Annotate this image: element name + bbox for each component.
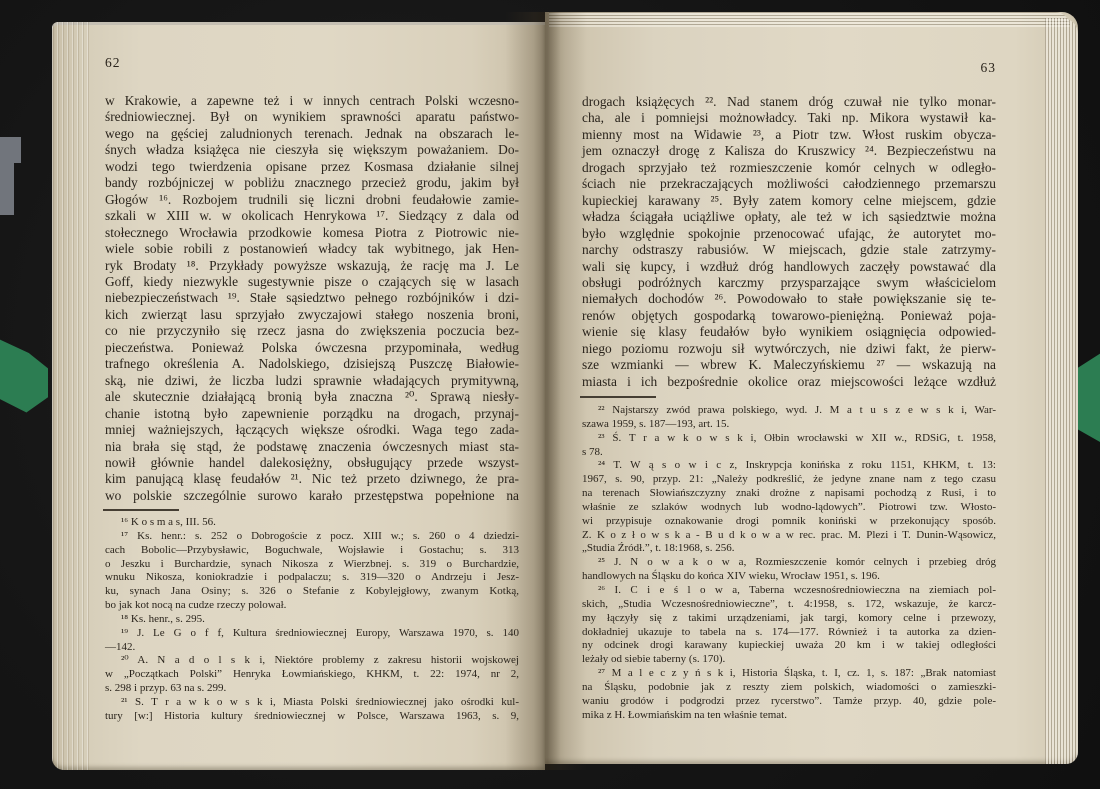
page-stack-top-edge [549, 12, 1070, 27]
footnote: ¹⁸ Ks. henr., s. 295. [105, 613, 519, 627]
body-text-line: ale skutecznie działającą bronią była zn… [105, 389, 519, 405]
footnote-line: tury [w:] Historia kultury średniowieczn… [105, 710, 519, 724]
footnote-line: wnuku Nikosza, koniokradzie i podpalaczu… [105, 571, 519, 585]
footnote-line: handlowych na Śląsku do końca XIV wieku,… [582, 570, 996, 584]
footnote-line: ²⁴ T. W ą s o w i c z, Inskrypcja konińs… [582, 459, 996, 473]
body-text-line: kim panującą klasę feudałów ²¹. Nic też … [105, 471, 519, 487]
body-text-line: renów objętych gospodarką towarowo-pieni… [582, 308, 996, 324]
footnote-line: s. 298 i przyp. 63 na s. 299. [105, 682, 519, 696]
footnote-line: waniu grodów i podgrodzi przez rycerstwo… [582, 695, 996, 709]
footnote-line: wi przypisuje oznakowanie drogi pomnik k… [582, 515, 996, 529]
footnote-line: my łączyły się z takimi urządzeniami, ja… [582, 612, 996, 626]
footnote: ¹⁷ Ks. henr.: s. 252 o Dobrogoście z poc… [105, 530, 519, 613]
footnote: ²² Najstarszy zwód prawa polskiego, wyd.… [582, 404, 996, 432]
body-text-line: Głogów ¹⁶. Rozbojem trudnili się liczni … [105, 192, 519, 208]
footnote: ²⁰ A. N a d o l s k i, Niektóre problemy… [105, 654, 519, 696]
body-text-line: wo polskie szczególnie surowo karało prz… [105, 488, 519, 504]
body-text-line: trafnego określenia A. Nadolskiego, dzis… [105, 356, 519, 372]
footnote-line: Z. K o z ł o w s k a - B u d k o w a w r… [582, 529, 996, 543]
footnote: ²⁶ I. C i e ś l o w a, Taberna wczesnośr… [582, 584, 996, 667]
footnote: ²¹ S. T r a w k o w s k i, Miasta Polski… [105, 696, 519, 724]
footnote-line: 1967, s. 90, przyp. 21: „Należy podkreśl… [582, 473, 996, 487]
body-text-line: w Krakowie, a zapewne też i w innych cen… [105, 93, 519, 109]
body-text-line: stołecznego Wrocławia przodkowie komesa … [105, 225, 519, 241]
body-text-line: niemałych dochodów ²⁶. Powodowało to sta… [582, 291, 996, 307]
footnote: ¹⁹ J. Le G o f f, Kultura średniowieczne… [105, 627, 519, 655]
body-text-line: narchy odstraszy rabusiów. W miejscach, … [582, 242, 996, 258]
right-page-footnotes: ²² Najstarszy zwód prawa polskiego, wyd.… [582, 404, 996, 722]
body-text-line: ściach nie przekraczających możliwości c… [582, 176, 996, 192]
body-text-line: drogach sprzyjało też rozmieszczenie kom… [582, 160, 996, 176]
body-text-line: co nie przyczyniło się rzecz jasna do zw… [105, 323, 519, 339]
footnote-line: ku, synach Jana Osiny; s. 326 o Stefanie… [105, 585, 519, 599]
body-text-line: szkali w XIII w. w okolicach Henrykowa ¹… [105, 208, 519, 224]
footnote: ²⁴ T. W ą s o w i c z, Inskrypcja konińs… [582, 459, 996, 556]
footnote-line: ²⁶ I. C i e ś l o w a, Taberna wczesnośr… [582, 584, 996, 598]
footnote-line: skich, „Studia Wczesnośredniowieczne”, t… [582, 598, 996, 612]
footnote-line: ¹⁶ K o s m a s, III. 56. [105, 516, 519, 530]
page-stack-left-edge [52, 22, 92, 770]
body-text-line: miasta i ich bezpośrednie okolice oraz m… [582, 374, 996, 390]
body-text-line: pieczeństwa. Ponieważ Polska ówczesna pr… [105, 340, 519, 356]
footnote-line: ²³ Ś. T r a w k o w s k i, Ołbin wrocław… [582, 432, 996, 446]
footnote-line: na Śląsku, podobnie jak z reszty ziem po… [582, 681, 996, 695]
page-number-left: 62 [105, 55, 121, 71]
footnote-line: „Studia Źródł.”, t. 18:1968, s. 256. [582, 542, 996, 556]
footnote-line: ¹⁹ J. Le G o f f, Kultura średniowieczne… [105, 627, 519, 641]
footnote-line: właśnie ze szlaków wodnych lub wodno-ląd… [582, 501, 996, 515]
footnote-line: ²⁷ M a l e c z y ń s k i, Historia Śląsk… [582, 667, 996, 681]
footnote-line: mika z H. Łowmiańskim na ten właśnie tem… [582, 709, 996, 723]
footnote-line: ny odcinek drogi karawany kupieckiej uwa… [582, 639, 996, 653]
footnote-line: dokładniej ukazuje to tabela na s. 174—1… [582, 626, 996, 640]
body-text-line: mienny most na Widawie ²³, a Piotr tzw. … [582, 127, 996, 143]
footnote: ²⁷ M a l e c z y ń s k i, Historia Śląsk… [582, 667, 996, 722]
body-text-line: nowił głównie handel dalekosiężny, obsłu… [105, 455, 519, 471]
body-text-line: władza ściągała uciążliwe opłaty, ale te… [582, 209, 996, 225]
body-text-line: ską, nie dziwi, że liczba ludzi sprawnie… [105, 373, 519, 389]
book-scan-photo: 62 w Krakowie, a zapewne też i w innych … [0, 0, 1100, 789]
footnote-line: —142. [105, 641, 519, 655]
body-text-line: śnych władza książęca nie cieszyła się w… [105, 142, 519, 158]
body-text-line: kupieckiej karawany ²⁵. Były zatem komor… [582, 193, 996, 209]
footnote-line: ¹⁷ Ks. henr.: s. 252 o Dobrogoście z poc… [105, 530, 519, 544]
body-text-line: nia brała się stąd, że podstawę znaczeni… [105, 439, 519, 455]
body-text-line: ryk Brodaty ¹⁸. Przykłady powyższe wskaz… [105, 258, 519, 274]
left-page-body-text: w Krakowie, a zapewne też i w innych cen… [105, 93, 519, 504]
page-stack-right-edge [1045, 18, 1078, 764]
body-text-line: mniej ważniejszych, łączących większe oś… [105, 422, 519, 438]
body-text-line: było względnie spokojnie przenocować ufa… [582, 226, 996, 242]
body-text-line: wiele sobie robili z postanowień władcy … [105, 241, 519, 257]
body-text-line: wali się kupcy, i wzdłuż dróg handlowych… [582, 259, 996, 275]
body-text-line: kich zwierząt lasu sprzyjało zwyczajowi … [105, 307, 519, 323]
left-page-footnotes: ¹⁶ K o s m a s, III. 56.¹⁷ Ks. henr.: s.… [105, 516, 519, 724]
footnote-line: ²⁵ J. N o w a k o w a, Rozmieszczenie ko… [582, 556, 996, 570]
footnote-line: na terenach Słowiańszczyzny znaki drożne… [582, 487, 996, 501]
body-text-line: wienie się klasy feudałów było wynikiem … [582, 324, 996, 340]
footnote: ²³ Ś. T r a w k o w s k i, Ołbin wrocław… [582, 432, 996, 460]
background-gray-object [0, 137, 14, 215]
page-number-right: 63 [582, 60, 996, 76]
footnote: ²⁵ J. N o w a k o w a, Rozmieszczenie ko… [582, 556, 996, 584]
footnote-line: s 78. [582, 446, 996, 460]
body-text-line: średniowiecznej. Był on wynikiem sprawno… [105, 109, 519, 125]
footnote: ¹⁶ K o s m a s, III. 56. [105, 516, 519, 530]
footnote-line: ²¹ S. T r a w k o w s k i, Miasta Polski… [105, 696, 519, 710]
body-text-line: jem oznaczył drogę z Kalisza do Kruszwic… [582, 143, 996, 159]
footnote-line: w „Początkach Polski” Henryka Łowmiański… [105, 668, 519, 682]
footnote-line: szawa 1959, s. 187—193, art. 15. [582, 418, 996, 432]
body-text-line: wego na gęściej zaludnionych terenach. J… [105, 126, 519, 142]
body-text-line: Goff, kiedy niezwykle sugestywnie pisze … [105, 274, 519, 290]
right-page-body-text: drogach książęcych ²². Nad stanem dróg c… [582, 94, 996, 390]
footnote-line: bo jak kot nocą na cudze rzeczy polował. [105, 599, 519, 613]
footnote-line: ²² Najstarszy zwód prawa polskiego, wyd.… [582, 404, 996, 418]
body-text-line: niego poziomu rozwoju sił wytwórczych, n… [582, 341, 996, 357]
background-green-band-left [0, 330, 48, 426]
footnote-line: ²⁰ A. N a d o l s k i, Niektóre problemy… [105, 654, 519, 668]
body-text-line: drogach książęcych ²². Nad stanem dróg c… [582, 94, 996, 110]
body-text-line: wodzi tego twierdzenia opisane przez Kos… [105, 159, 519, 175]
body-text-line: chanie istotną było zapewnienie porządku… [105, 406, 519, 422]
body-text-line: cha, ale i pomniejsi możnowładcy. Taki n… [582, 110, 996, 126]
footnote-separator-right [580, 396, 656, 398]
footnote-line: ¹⁸ Ks. henr., s. 295. [105, 613, 519, 627]
body-text-line: sze wzmianki — wbrew K. Maleczyńskiemu ²… [582, 357, 996, 373]
footnote-line: leżały od siebie taberny (s. 170). [582, 653, 996, 667]
body-text-line: niebezpieczeństwach ¹⁹. Stałe sąsiedztwo… [105, 290, 519, 306]
footnote-separator-left [103, 509, 179, 511]
body-text-line: bandy rozbójniczej w pobliżu znacznego p… [105, 175, 519, 191]
body-text-line: obsługi podróżnych karczmy przysparzając… [582, 275, 996, 291]
footnote-line: cach Bobolic—Przybysławic, Boguchwale, W… [105, 544, 519, 558]
footnote-line: o Jeszku i Burchardzie, synach Nikosza z… [105, 558, 519, 572]
